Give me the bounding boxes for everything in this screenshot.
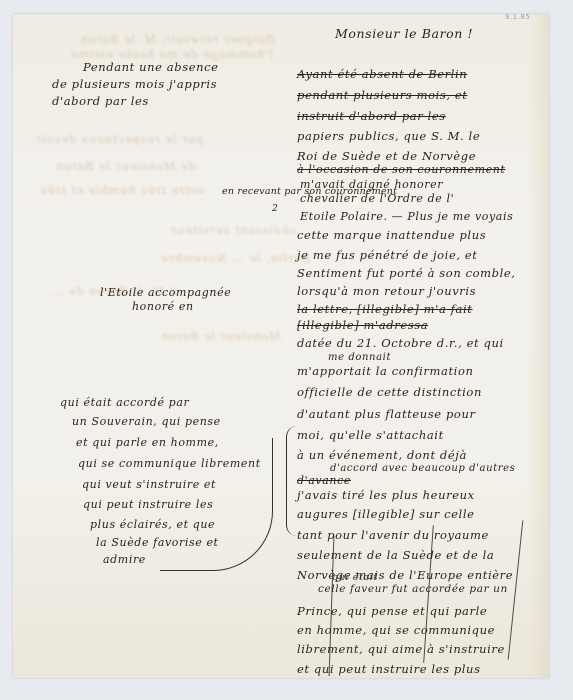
right-text-line: officielle de cette distinction — [297, 385, 482, 399]
greeting: Monsieur le Baron ! — [335, 26, 473, 41]
bracket-line: qui était accordé par — [60, 396, 189, 409]
catalog-number: 9.1.85 — [505, 13, 530, 21]
right-text-line: chevalier de l'Ordre de l' — [300, 192, 454, 205]
margin-bracket — [286, 426, 297, 536]
right-text-line: j'avais tiré les plus heureux — [297, 488, 475, 502]
right-text-line: Ayant été absent de Berlin — [297, 67, 467, 81]
left-passage-line: d'abord par les — [52, 94, 149, 108]
right-text-line: m'avait daigné honorer — [300, 178, 443, 191]
bleed-through-line: Daignez recevoir, M. le Baron — [80, 33, 275, 46]
right-text-line: [illegible] m'adressa — [297, 318, 428, 332]
enclosing-curve — [160, 438, 273, 571]
right-text-line: d'accord avec beaucoup d'autres — [330, 463, 515, 474]
right-text-line: lorsqu'à mon retour j'ouvris — [297, 284, 476, 298]
right-text-line: à un événement, dont déjà — [297, 448, 467, 462]
right-text-line: seulement de la Suède et de la — [297, 548, 494, 562]
bleed-through-line: Berlin, le ... Novembre — [160, 252, 310, 265]
right-text-line: datée du 21. Octobre d.r., et qui — [297, 336, 504, 350]
right-text-line-interlinear: me donnait — [328, 352, 391, 363]
bracket-line: un Souverain, qui pense — [72, 415, 221, 428]
bleed-through-line: votre très humble et très — [40, 184, 204, 197]
right-text-line: m'apportait la confirmation — [297, 364, 473, 378]
bracket-line: admire — [103, 553, 146, 566]
right-text-line: et qui peut instruire les plus — [297, 662, 481, 676]
bleed-through-line: Monsieur le Baron — [160, 330, 281, 343]
right-text-line: augures [illegible] sur celle — [297, 507, 475, 521]
right-text-line: à l'occasion de son couronnement — [297, 163, 505, 176]
right-text-line: papiers publics, que S. M. le — [297, 129, 480, 143]
right-text-line: moi, qu'elle s'attachait — [297, 428, 444, 442]
left-passage-line: honoré en — [132, 300, 194, 313]
right-text-line: d'autant plus flatteuse pour — [297, 407, 476, 421]
right-text-line: d'avance — [297, 474, 351, 487]
right-text-line: Roi de Suède et de Norvège — [297, 149, 476, 163]
bleed-through-line: obéissant serviteur — [170, 224, 296, 237]
left-passage-line: l'Etoile accompagnée — [100, 286, 231, 299]
bleed-through-line: de Monsieur le Baron — [55, 160, 196, 173]
right-text-line: tant pour l'avenir du royaume — [297, 528, 489, 542]
right-text-line: pendant plusieurs mois, et — [297, 88, 468, 102]
right-text-line: instruit d'abord par les — [297, 109, 446, 123]
right-text-line: je me fus pénétré de joie, et — [297, 248, 478, 262]
right-text-line: Norvège mais de l'Europe entière — [297, 568, 513, 582]
right-text-line: cette marque inattendue plus — [297, 228, 486, 242]
bleed-through-line: par le respectueux devoir — [35, 133, 203, 146]
right-text-line: Prince, qui pense et qui parle — [297, 604, 487, 618]
right-text-line: librement, qui aime à s'instruire — [297, 642, 505, 656]
left-passage-line: Pendant une absence — [83, 60, 219, 74]
margin-mark: 2 — [272, 204, 278, 214]
left-passage-line: de plusieurs mois j'appris — [52, 77, 217, 91]
right-text-line: Etoile Polaire. — Plus je me voyais — [300, 210, 513, 223]
right-text-line: Sentiment fut porté à son comble, — [297, 266, 516, 280]
right-text-line: en homme, qui se communique — [297, 623, 495, 637]
right-text-line-interlinear: qui était — [332, 572, 378, 583]
right-text-line: la lettre, [illegible] m'a fait — [297, 302, 472, 316]
right-text-line: celle faveur fut accordée par un — [318, 583, 508, 595]
